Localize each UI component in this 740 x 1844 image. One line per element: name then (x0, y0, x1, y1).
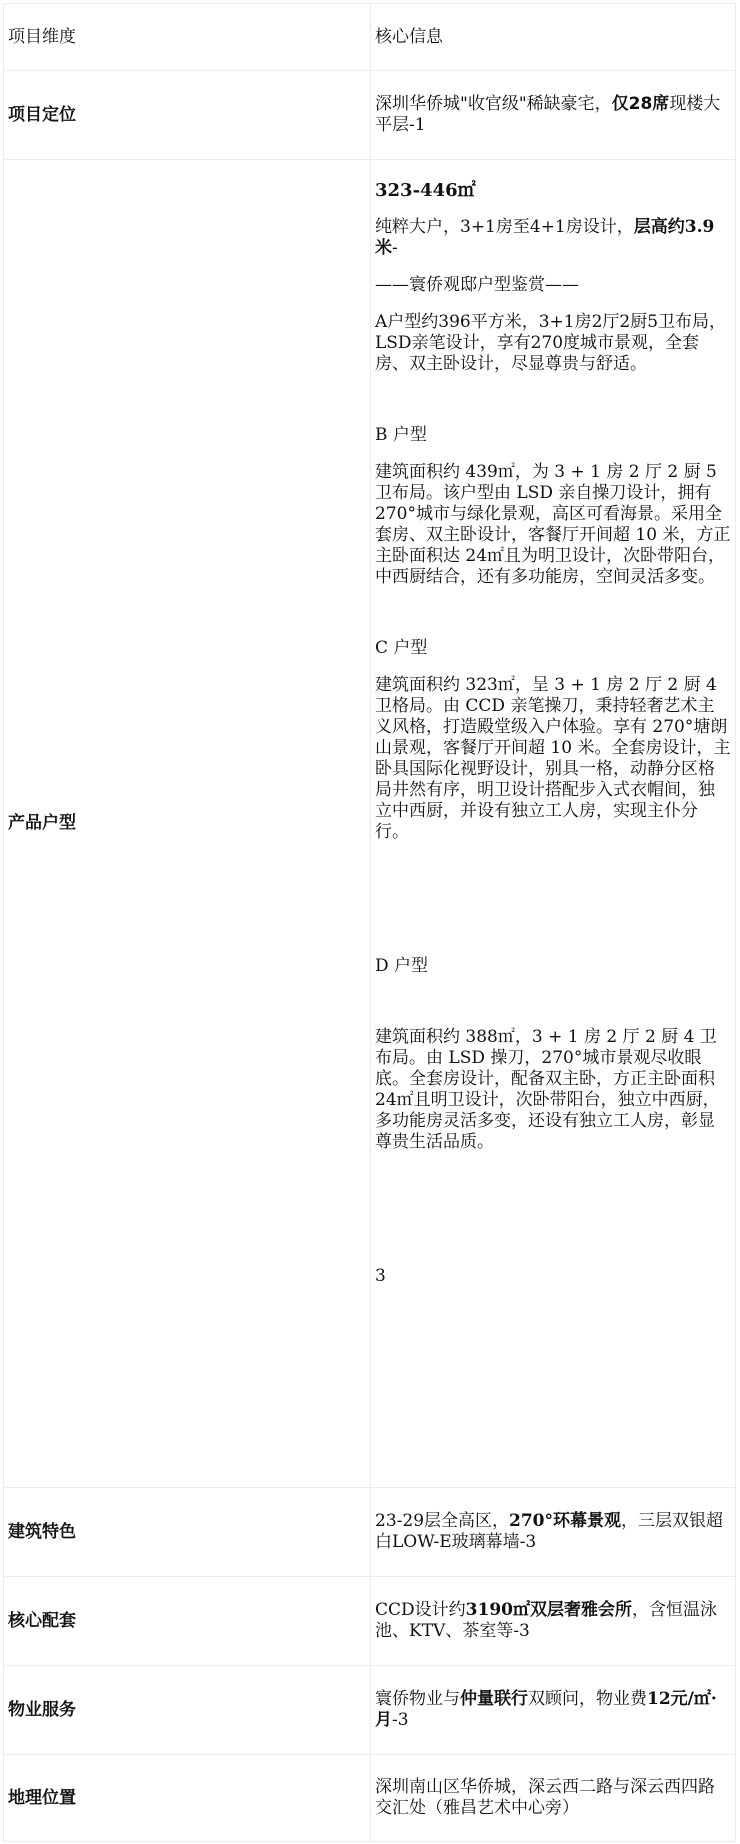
unit-d-description: 建筑面积约 388㎡，3 + 1 房 2 厅 2 厨 4 卫布局。由 LSD 操… (375, 1027, 731, 1153)
row-value-property-service: 寰侨物业与仲量联行双顾问，物业费12元/㎡·月-3 (371, 1666, 736, 1755)
row-value-architecture: 23-29层全高区，270°环幕景观，三层双银超白LOW-E玻璃幕墙-3 (371, 1488, 736, 1577)
row-label: 建筑特色 (4, 1488, 371, 1577)
label-architecture: 建筑特色 (8, 1522, 76, 1542)
table-row-architecture: 建筑特色 23-29层全高区，270°环幕景观，三层双银超白LOW-E玻璃幕墙-… (4, 1488, 736, 1577)
label-location: 地理位置 (8, 1788, 76, 1808)
unit-b-title: B 户型 (375, 425, 731, 446)
table-header-row: 项目维度 核心信息 (4, 4, 736, 71)
highlight-clubhouse: 3190㎡双层奢雅会所 (466, 1600, 632, 1620)
unit-summary: 纯粹大户，3+1房至4+1房设计，层高约3.9米- (375, 217, 731, 259)
table-row-positioning: 项目定位 深圳华侨城"收官级"稀缺豪宅，仅28席现楼大平层-1 (4, 71, 736, 160)
footnote: 3 (375, 1266, 731, 1287)
unit-c-title: C 户型 (375, 638, 731, 659)
table-row-location: 地理位置 深圳南山区华侨城，深云西二路与深云西四路交汇处（雅昌艺术中心旁） (4, 1755, 736, 1842)
highlight-28-units: 仅28席 (612, 94, 670, 114)
header-dimension: 项目维度 (4, 4, 371, 71)
row-value-unit-types: 323-446㎡ 纯粹大户，3+1房至4+1房设计，层高约3.9米- ——寰侨观… (371, 160, 736, 1488)
row-value-positioning: 深圳华侨城"收官级"稀缺豪宅，仅28席现楼大平层-1 (371, 71, 736, 160)
table-row-unit-types: 产品户型 323-446㎡ 纯粹大户，3+1房至4+1房设计，层高约3.9米- … (4, 160, 736, 1488)
row-label: 核心配套 (4, 1577, 371, 1666)
unit-a-description: A户型约396平方米，3+1房2厅2厨5卫布局，LSD亲笔设计，享有270度城市… (375, 312, 731, 375)
project-info-table: 项目维度 核心信息 项目定位 深圳华侨城"收官级"稀缺豪宅，仅28席现楼大平层-… (3, 3, 736, 1842)
area-range: 323-446㎡ (375, 180, 731, 201)
row-value-location: 深圳南山区华侨城，深云西二路与深云西四路交汇处（雅昌艺术中心旁） (371, 1755, 736, 1842)
table-row-amenities: 核心配套 CCD设计约3190㎡双层奢雅会所，含恒温泳池、KTV、茶室等-3 (4, 1577, 736, 1666)
unit-c-description: 建筑面积约 323㎡，呈 3 + 1 房 2 厅 2 厨 4 卫格局。由 CCD… (375, 675, 731, 843)
row-label: 地理位置 (4, 1755, 371, 1842)
label-amenities: 核心配套 (8, 1611, 76, 1631)
label-property-service: 物业服务 (8, 1700, 76, 1720)
row-label: 项目定位 (4, 71, 371, 160)
unit-d-title: D 户型 (375, 956, 731, 977)
unit-b-description: 建筑面积约 439㎡，为 3 + 1 房 2 厅 2 厨 5 卫布局。该户型由 … (375, 462, 731, 588)
header-info: 核心信息 (371, 4, 736, 71)
label-positioning: 项目定位 (8, 105, 76, 125)
highlight-270-view: 270°环幕景观 (509, 1511, 621, 1531)
label-unit-types: 产品户型 (8, 813, 76, 833)
row-label: 产品户型 (4, 160, 371, 1488)
highlight-jll: 仲量联行 (460, 1689, 528, 1709)
gallery-title: ——寰侨观邸户型鉴赏—— (375, 275, 731, 296)
row-label: 物业服务 (4, 1666, 371, 1755)
table-row-property-service: 物业服务 寰侨物业与仲量联行双顾问，物业费12元/㎡·月-3 (4, 1666, 736, 1755)
row-value-amenities: CCD设计约3190㎡双层奢雅会所，含恒温泳池、KTV、茶室等-3 (371, 1577, 736, 1666)
